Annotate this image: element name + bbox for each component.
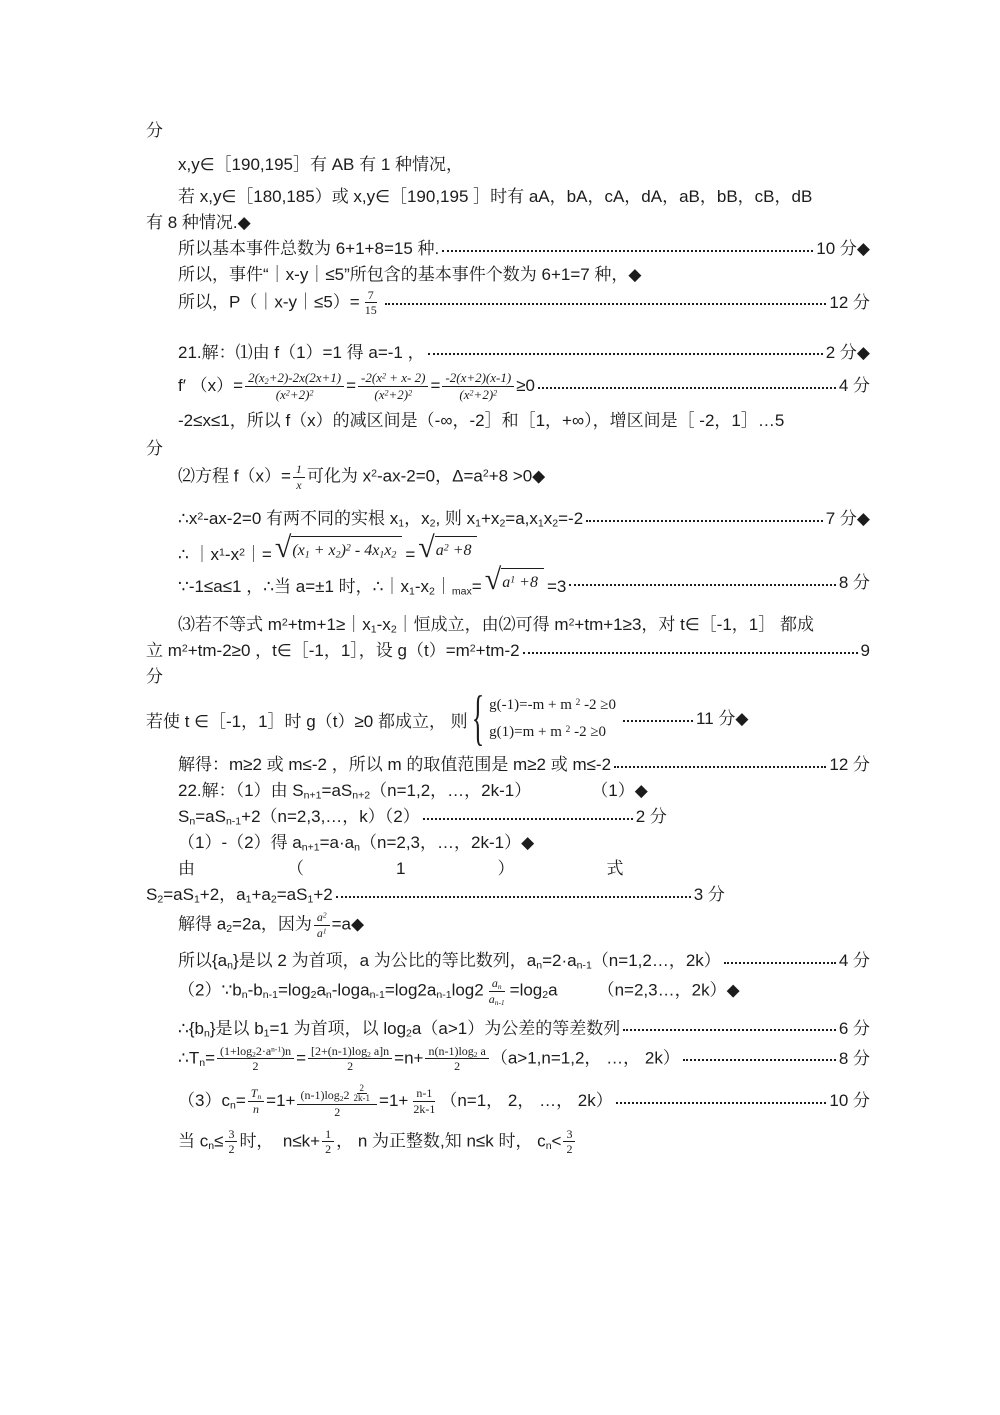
doc-line-9: f′ （x）=2(x2+2)-2x(2x+1)(x2+2)2=-2(x2 + x… bbox=[178, 370, 870, 403]
text-run: Sn=aSn-1+2（n=2,3,…，k）（2） bbox=[178, 806, 420, 828]
text-run: f′ （x）=2(x2+2)-2x(2x+1)(x2+2)2=-2(x2 + x… bbox=[178, 370, 535, 403]
text-run: （1）-（2）得 an+1=a·an（n=2,3，…，2k-1）◆ bbox=[178, 832, 534, 854]
text-run: 若 x,y∈［180,185）或 x,y∈［190,195 ］时有 aA，bA，… bbox=[178, 186, 812, 208]
doc-line-28: （2）∵bn-bn-1=log2an-logan-1=log2an-1log2a… bbox=[178, 976, 870, 1006]
doc-line-25: S2=aS1+2，a1+a2=aS1+23 分 bbox=[146, 882, 870, 908]
square-root-expression: √a1 +8 bbox=[485, 568, 544, 598]
text-run: （2）∵bn-bn-1=log2an-logan-1=log2an-1log2a… bbox=[178, 976, 740, 1006]
fraction: -2(x+2)(x-1)(x2+2)2 bbox=[442, 370, 514, 402]
fraction: 715 bbox=[362, 288, 380, 318]
text-run: 分 bbox=[146, 120, 163, 142]
text-run: 10 分◆ bbox=[816, 238, 870, 260]
fraction: [2+(n-1)log2 a]n2 bbox=[308, 1044, 392, 1074]
text-run: 有 8 种情况.◆ bbox=[146, 212, 251, 234]
dotted-leader bbox=[586, 517, 823, 522]
doc-line-11: 分 bbox=[146, 436, 870, 462]
math-solution-document: 分x,y∈［190,195］有 AB 有 1 种情况，若 x,y∈［180,18… bbox=[146, 118, 870, 1157]
text-run: ⑶若不等式 m2+tm+1≥｜x1-x2｜恒成立，由⑵可得 m2+tm+1≥3，… bbox=[178, 614, 814, 636]
doc-line-6: 所以，事件“｜x-y｜≤5”所包含的基本事件个数为 6+1=7 种，◆ bbox=[178, 262, 870, 288]
text-run: 分 bbox=[146, 438, 163, 460]
doc-line-24: 由（1）式 bbox=[178, 856, 870, 882]
text-run: 2 分◆ bbox=[826, 342, 870, 364]
doc-line-23: （1）-（2）得 an+1=a·an（n=2,3，…，2k-1）◆ bbox=[178, 830, 870, 856]
text-run: 6 分 bbox=[839, 1018, 870, 1040]
text-run: 8 分 bbox=[839, 572, 870, 594]
text-run: 11 分◆ bbox=[696, 708, 748, 730]
radical-sign-icon: √ bbox=[418, 533, 434, 563]
text-run: 3 分 bbox=[694, 884, 725, 906]
text-run: 解得：m≥2 或 m≤-2 ，所以 m 的取值范围是 m≥2 或 m≤-2 bbox=[178, 754, 611, 776]
doc-line-1: 分 bbox=[146, 118, 870, 144]
text-run: ∴{bn}是以 b1=1 为首项，以 log2a（a>1）为公差的等差数列 bbox=[178, 1018, 620, 1040]
doc-line-18: 分 bbox=[146, 664, 870, 690]
text-run: S2=aS1+2，a1+a2=aS1+2 bbox=[146, 884, 333, 906]
text-run: 所以，P（｜x-y｜≤5）=715 bbox=[178, 288, 382, 318]
fraction: anan-1 bbox=[486, 976, 508, 1006]
text-run: x,y∈［190,195］有 AB 有 1 种情况， bbox=[178, 154, 463, 176]
fraction: n(n-1)log2 a2 bbox=[425, 1044, 488, 1074]
dotted-leader bbox=[428, 350, 823, 355]
dotted-leader bbox=[442, 247, 813, 252]
text-run: 8 分 bbox=[839, 1048, 870, 1070]
doc-line-8: 21.解：⑴由 f（1）=1 得 a=-1 ，2 分◆ bbox=[178, 340, 870, 366]
text-run: 10 分 bbox=[829, 1090, 870, 1112]
doc-line-27: 所以{an}是以 2 为首项，a 为公比的等比数列，an=2·an-1（n=1,… bbox=[178, 948, 870, 974]
doc-line-3: 若 x,y∈［180,185）或 x,y∈［190,195 ］时有 aA，bA，… bbox=[178, 184, 870, 210]
doc-line-2: x,y∈［190,195］有 AB 有 1 种情况， bbox=[178, 152, 870, 178]
dotted-leader bbox=[623, 1026, 836, 1031]
dotted-leader bbox=[423, 815, 633, 820]
fraction: a2a1 bbox=[314, 910, 330, 940]
doc-line-30: ∴Tn=(1+log22·an-1)n2=[2+(n-1)log2 a]n2=n… bbox=[178, 1044, 870, 1074]
square-root-expression: √a2 +8 bbox=[418, 536, 477, 566]
radical-sign-icon: √ bbox=[485, 565, 501, 595]
text-run: 4 分 bbox=[839, 950, 870, 972]
fraction: 32 bbox=[563, 1127, 575, 1157]
doc-line-26: 解得 a2=2a，因为a2a1=a◆ bbox=[178, 910, 870, 940]
doc-line-4: 有 8 种情况.◆ bbox=[146, 210, 870, 236]
text-run: 解得 a2=2a，因为a2a1=a◆ bbox=[178, 910, 364, 940]
fraction: 32 bbox=[225, 1127, 237, 1157]
fraction: (1+log22·an-1)n2 bbox=[217, 1044, 294, 1074]
equation-system: {g(-1)=-m + m 2 -2 ≥0g(1)=m + m 2 -2 ≥0 bbox=[472, 696, 616, 742]
fraction: 22k-1 bbox=[351, 1084, 374, 1104]
text-run: 由（1）式 bbox=[178, 858, 623, 880]
text-run: 所以{an}是以 2 为首项，a 为公比的等比数列，an=2·an-1（n=1,… bbox=[178, 950, 721, 972]
doc-line-10: -2≤x≤1，所以 f（x）的减区间是（-∞，-2］和［1，+∞），增区间是［ … bbox=[178, 408, 870, 434]
doc-line-16: ⑶若不等式 m2+tm+1≥｜x1-x2｜恒成立，由⑵可得 m2+tm+1≥3，… bbox=[178, 612, 870, 638]
doc-line-20: 解得：m≥2 或 m≤-2 ，所以 m 的取值范围是 m≥2 或 m≤-212 … bbox=[178, 752, 870, 778]
text-run: ⑵方程 f（x）=1x可化为 x2-ax-2=0，Δ=a2+8 >0◆ bbox=[178, 462, 545, 492]
doc-line-7: 所以，P（｜x-y｜≤5）=71512 分 bbox=[178, 288, 870, 318]
doc-line-5: 所以基本事件总数为 6+1+8=15 种.10 分◆ bbox=[178, 236, 870, 262]
dotted-leader bbox=[538, 384, 836, 389]
text-run: 21.解：⑴由 f（1）=1 得 a=-1 ， bbox=[178, 342, 425, 364]
doc-line-19: 若使 t ∈［-1，1］时 g（t）≥0 都成立， 则{g(-1)=-m + m… bbox=[146, 696, 870, 742]
doc-line-32: 当 cn≤32时， n≤k+12， n 为正整数,知 n≤k 时， cn<32 bbox=[178, 1127, 870, 1157]
dotted-leader bbox=[683, 1056, 836, 1061]
fraction: 2(x2+2)-2x(2x+1)(x2+2)2 bbox=[245, 370, 344, 403]
text-run: 12 分 bbox=[829, 754, 870, 776]
fraction: (n-1)log2222k-12 bbox=[297, 1084, 377, 1119]
text-run: 分 bbox=[146, 666, 163, 688]
text-run: ∴ ｜x1-x2｜=√(x1 + x2)2 - 4x1x2=√a2 +8 bbox=[178, 536, 480, 566]
text-run: ∴Tn=(1+log22·an-1)n2=[2+(n-1)log2 a]n2=n… bbox=[178, 1044, 680, 1074]
dotted-leader bbox=[724, 959, 836, 964]
doc-line-31: （3）cn=Tnn=1+(n-1)log2222k-12=1+n-12k-1（n… bbox=[178, 1084, 870, 1119]
text-run: 当 cn≤32时， n≤k+12， n 为正整数,知 n≤k 时， cn<32 bbox=[178, 1127, 577, 1157]
doc-line-29: ∴{bn}是以 b1=1 为首项，以 log2a（a>1）为公差的等差数列6 分 bbox=[178, 1016, 870, 1042]
fraction: Tnn bbox=[248, 1086, 264, 1116]
text-run: -2≤x≤1，所以 f（x）的减区间是（-∞，-2］和［1，+∞），增区间是［ … bbox=[178, 410, 784, 432]
dotted-leader bbox=[385, 300, 827, 305]
radical-sign-icon: √ bbox=[275, 533, 291, 563]
text-run: 9 bbox=[861, 640, 870, 662]
text-run: 7 分◆ bbox=[826, 508, 870, 530]
left-brace-icon: { bbox=[472, 689, 484, 750]
doc-line-12: ⑵方程 f（x）=1x可化为 x2-ax-2=0，Δ=a2+8 >0◆ bbox=[178, 462, 870, 492]
doc-line-14: ∴ ｜x1-x2｜=√(x1 + x2)2 - 4x1x2=√a2 +8 bbox=[178, 536, 870, 566]
text-run: 4 分 bbox=[839, 375, 870, 397]
text-run: （3）cn=Tnn=1+(n-1)log2222k-12=1+n-12k-1（n… bbox=[178, 1084, 613, 1119]
fraction: n-12k-1 bbox=[410, 1086, 438, 1116]
doc-line-21: 22.解：（1）由 Sn+1=aSn+2（n=1,2，…，2k-1）（1）◆ bbox=[178, 778, 870, 804]
square-root-expression: √(x1 + x2)2 - 4x1x2 bbox=[275, 536, 402, 566]
dotted-leader bbox=[523, 649, 858, 654]
dotted-leader bbox=[336, 893, 691, 898]
text-run: ∵-1≤a≤1 ，∴当 a=±1 时，∴｜x1-x2｜max=√a1 +8=3 bbox=[178, 568, 566, 598]
dotted-leader bbox=[616, 1099, 827, 1104]
text-run: 所以基本事件总数为 6+1+8=15 种. bbox=[178, 238, 439, 260]
text-run: 12 分 bbox=[829, 292, 870, 314]
dotted-leader bbox=[569, 581, 835, 586]
text-run: 2 分 bbox=[636, 806, 667, 828]
fraction: 12 bbox=[322, 1127, 334, 1157]
text-run: 立 m2+tm-2≥0 ，t∈［-1，1］，设 g（t）=m2+tm-2 bbox=[146, 640, 520, 662]
text-run: ∴x2-ax-2=0 有两不同的实根 x1，x2, 则 x1+x2=a,x1x2… bbox=[178, 508, 583, 530]
dotted-leader bbox=[623, 717, 693, 722]
doc-line-17: 立 m2+tm-2≥0 ，t∈［-1，1］，设 g（t）=m2+tm-29 bbox=[146, 638, 870, 664]
text-run: 所以，事件“｜x-y｜≤5”所包含的基本事件个数为 6+1=7 种，◆ bbox=[178, 264, 642, 286]
doc-line-13: ∴x2-ax-2=0 有两不同的实根 x1，x2, 则 x1+x2=a,x1x2… bbox=[178, 506, 870, 532]
document-page: 分x,y∈［190,195］有 AB 有 1 种情况，若 x,y∈［180,18… bbox=[0, 0, 1000, 1415]
text-run: 若使 t ∈［-1，1］时 g（t）≥0 都成立， 则{g(-1)=-m + m… bbox=[146, 696, 620, 742]
doc-line-22: Sn=aSn-1+2（n=2,3,…，k）（2）2 分 bbox=[178, 804, 870, 830]
doc-line-15: ∵-1≤a≤1 ，∴当 a=±1 时，∴｜x1-x2｜max=√a1 +8=38… bbox=[178, 568, 870, 598]
dotted-leader bbox=[614, 763, 826, 768]
fraction: 1x bbox=[293, 462, 305, 492]
text-run: 22.解：（1）由 Sn+1=aSn+2（n=1,2，…，2k-1）（1）◆ bbox=[178, 780, 648, 802]
fraction: -2(x2 + x- 2)(x2+2)2 bbox=[358, 370, 428, 402]
